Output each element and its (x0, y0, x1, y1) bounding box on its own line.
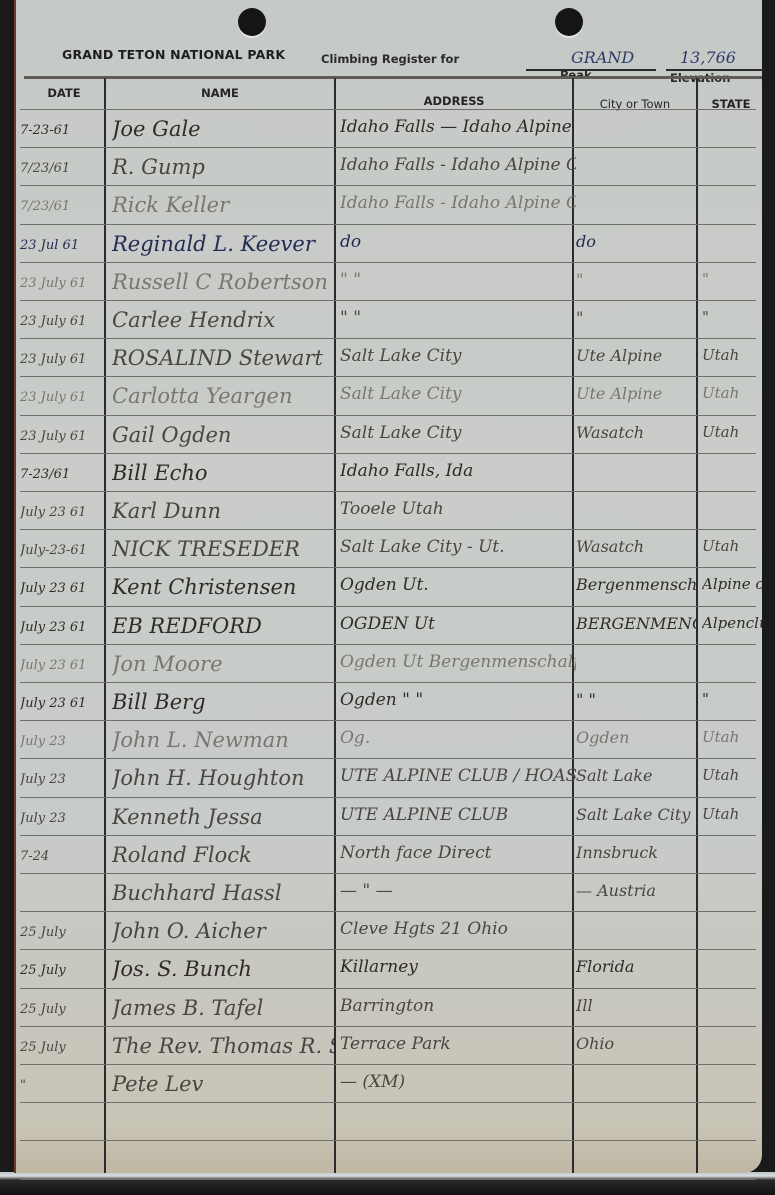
entry-date: 23 July 61 (20, 352, 106, 367)
row-rule (20, 758, 756, 759)
row-rule (20, 606, 756, 607)
entry-state: Utah (702, 384, 762, 402)
entry-address: Idaho Falls - Idaho Alpine Club (340, 155, 576, 175)
entry-date: July 23 61 (20, 658, 106, 673)
column-header-name: NAME (106, 86, 334, 100)
entry-state: Utah (702, 346, 762, 364)
entry-date: 23 Jul 61 (20, 238, 106, 253)
row-rule (20, 682, 756, 683)
entry-date: July 23 (20, 772, 106, 787)
entry-state: Alpenclub (702, 614, 762, 632)
entry-state: Utah (702, 805, 762, 823)
elevation-value: 13,766 (680, 48, 736, 67)
entry-date: 7-24 (20, 849, 106, 864)
register-label: Climbing Register for (321, 52, 459, 66)
entry-address: UTE ALPINE CLUB (340, 805, 576, 825)
entry-city: do (576, 232, 698, 251)
climbing-register-sheet: GRAND TETON NATIONAL PARK Climbing Regis… (14, 0, 762, 1173)
entry-city: " " (576, 690, 698, 709)
entry-date: July 23 (20, 811, 106, 826)
entry-name: EB REDFORD (112, 614, 334, 638)
row-rule (20, 453, 756, 454)
entry-name: John L. Newman (112, 728, 334, 752)
entry-address: Salt Lake City (340, 384, 576, 404)
entry-address: Og. (340, 728, 576, 748)
peak-value: GRAND (571, 48, 634, 67)
entry-date: 23 July 61 (20, 429, 106, 444)
row-rule (20, 262, 756, 263)
entry-name: Pete Lev (112, 1072, 334, 1096)
entry-city: Innsbruck (576, 843, 698, 862)
entry-address: Ogden " " (340, 690, 576, 710)
entry-address: North face Direct (340, 843, 576, 863)
entry-name: James B. Tafel (112, 996, 334, 1020)
header-top-rule (24, 76, 762, 79)
entry-address: Idaho Falls — Idaho Alpine Club (340, 117, 576, 137)
entry-name: Rick Keller (112, 193, 334, 217)
entry-city: Ill (576, 996, 698, 1015)
punch-hole-right (555, 8, 583, 36)
row-rule (20, 797, 756, 798)
entry-city: Ute Alpine (576, 346, 698, 365)
entry-date: July 23 61 (20, 505, 106, 520)
entry-address: Ogden Ut. (340, 575, 576, 595)
entry-date: July 23 61 (20, 696, 106, 711)
entry-name: Bill Echo (112, 461, 334, 485)
entry-date: 7/23/61 (20, 199, 106, 214)
entry-date: 7-23/61 (20, 467, 106, 482)
entry-state: Utah (702, 537, 762, 555)
entry-city: Florida (576, 957, 698, 976)
entry-state: Alpine club (702, 575, 762, 593)
row-rule (20, 185, 756, 186)
entry-name: The Rev. Thomas R. Smith (112, 1034, 334, 1058)
entry-city: Salt Lake City (576, 805, 698, 824)
entry-name: Joe Gale (112, 117, 334, 141)
entry-name: Kenneth Jessa (112, 805, 334, 829)
entry-address: Idaho Falls, Ida (340, 461, 576, 481)
row-rule (20, 1179, 756, 1180)
entry-address: " " (340, 308, 576, 328)
entry-date: July 23 61 (20, 620, 106, 635)
entry-city: — Austria (576, 881, 698, 900)
entry-city: Bergenmensch (576, 575, 698, 594)
entry-name: Bill Berg (112, 690, 334, 714)
entry-address: Salt Lake City (340, 346, 576, 366)
column-divider-name-address (334, 78, 336, 1173)
entry-name: Jos. S. Bunch (112, 957, 334, 981)
entry-address: Barrington (340, 996, 576, 1016)
row-rule (20, 720, 756, 721)
entry-city: Wasatch (576, 537, 698, 556)
entry-name: Carlee Hendrix (112, 308, 334, 332)
entry-date: 25 July (20, 925, 106, 940)
row-rule (20, 529, 756, 530)
entry-name: Karl Dunn (112, 499, 334, 523)
peak-label: Peak (560, 68, 592, 82)
entry-state: Utah (702, 423, 762, 441)
row-rule (20, 491, 756, 492)
entry-address: OGDEN Ut (340, 614, 576, 634)
entry-address: Cleve Hgts 21 Ohio (340, 919, 576, 939)
entry-name: John H. Houghton (112, 766, 334, 790)
row-rule (20, 415, 756, 416)
row-rule (20, 644, 756, 645)
row-rule (20, 1140, 756, 1141)
entry-name: Carlotta Yeargen (112, 384, 334, 408)
park-title: GRAND TETON NATIONAL PARK (62, 47, 285, 62)
entry-date: 23 July 61 (20, 276, 106, 291)
entry-date: 7-23-61 (20, 123, 106, 138)
entry-city: " (576, 270, 698, 289)
row-rule (20, 567, 756, 568)
entry-address: Idaho Falls - Idaho Alpine Club (340, 193, 576, 213)
entry-date: 25 July (20, 1002, 106, 1017)
row-rule (20, 949, 756, 950)
row-rule (20, 1026, 756, 1027)
photo-background-edge (0, 1172, 775, 1195)
entry-date: 23 July 61 (20, 314, 106, 329)
entry-state: " (702, 270, 762, 288)
entry-address: Ogden Ut Bergenmenschalpenclub (340, 652, 576, 672)
entry-address: Salt Lake City - Ut. (340, 537, 576, 557)
entry-name: R. Gump (112, 155, 334, 179)
entry-date: 23 July 61 (20, 390, 106, 405)
row-rule (20, 376, 756, 377)
entry-date: July-23-61 (20, 543, 106, 558)
entry-address: — (XM) (340, 1072, 576, 1092)
column-header-date: DATE (24, 86, 104, 100)
entry-address: Killarney (340, 957, 576, 977)
entry-date: " (20, 1078, 106, 1093)
entry-city: BERGENMENCH (576, 614, 698, 633)
entry-address: do (340, 232, 576, 252)
entry-address: Tooele Utah (340, 499, 576, 519)
entry-date: July 23 61 (20, 581, 106, 596)
row-rule (20, 147, 756, 148)
column-header-address: ADDRESS (336, 94, 572, 108)
entry-city: Ogden (576, 728, 698, 747)
row-rule (20, 988, 756, 989)
entry-name: Buchhard Hassl (112, 881, 334, 905)
row-rule (20, 224, 756, 225)
entry-state: Utah (702, 766, 762, 784)
row-rule (20, 1102, 756, 1103)
row-rule (20, 109, 756, 110)
entry-state: Utah (702, 728, 762, 746)
entry-address: Salt Lake City (340, 423, 576, 443)
entry-date: 25 July (20, 1040, 106, 1055)
row-rule (20, 911, 756, 912)
entry-address: Terrace Park (340, 1034, 576, 1054)
entry-name: Kent Christensen (112, 575, 334, 599)
row-rule (20, 835, 756, 836)
entry-date: 25 July (20, 963, 106, 978)
row-rule (20, 338, 756, 339)
entry-city: Salt Lake (576, 766, 698, 785)
entry-state: " (702, 308, 762, 326)
entry-city: Ute Alpine (576, 384, 698, 403)
entry-address: UTE ALPINE CLUB / HOAS BERGHAUS (340, 766, 576, 786)
entry-city: Ohio (576, 1034, 698, 1053)
entry-date: 7/23/61 (20, 161, 106, 176)
entry-name: NICK TRESEDER (112, 537, 334, 561)
entry-name: John O. Aicher (112, 919, 334, 943)
entry-name: ROSALIND Stewart (112, 346, 334, 370)
entry-name: Russell C Robertson (112, 270, 334, 294)
entry-state: " (702, 690, 762, 708)
entry-city: " (576, 308, 698, 327)
entry-date: July 23 (20, 734, 106, 749)
punch-hole-left (238, 8, 266, 36)
entry-address: — " — (340, 881, 576, 901)
entry-name: Roland Flock (112, 843, 334, 867)
entry-address: " " (340, 270, 576, 290)
row-rule (20, 1064, 756, 1065)
entry-name: Reginald L. Keever (112, 232, 334, 256)
entry-city: Wasatch (576, 423, 698, 442)
row-rule (20, 873, 756, 874)
row-rule (20, 300, 756, 301)
entry-name: Gail Ogden (112, 423, 334, 447)
entry-name: Jon Moore (112, 652, 334, 676)
